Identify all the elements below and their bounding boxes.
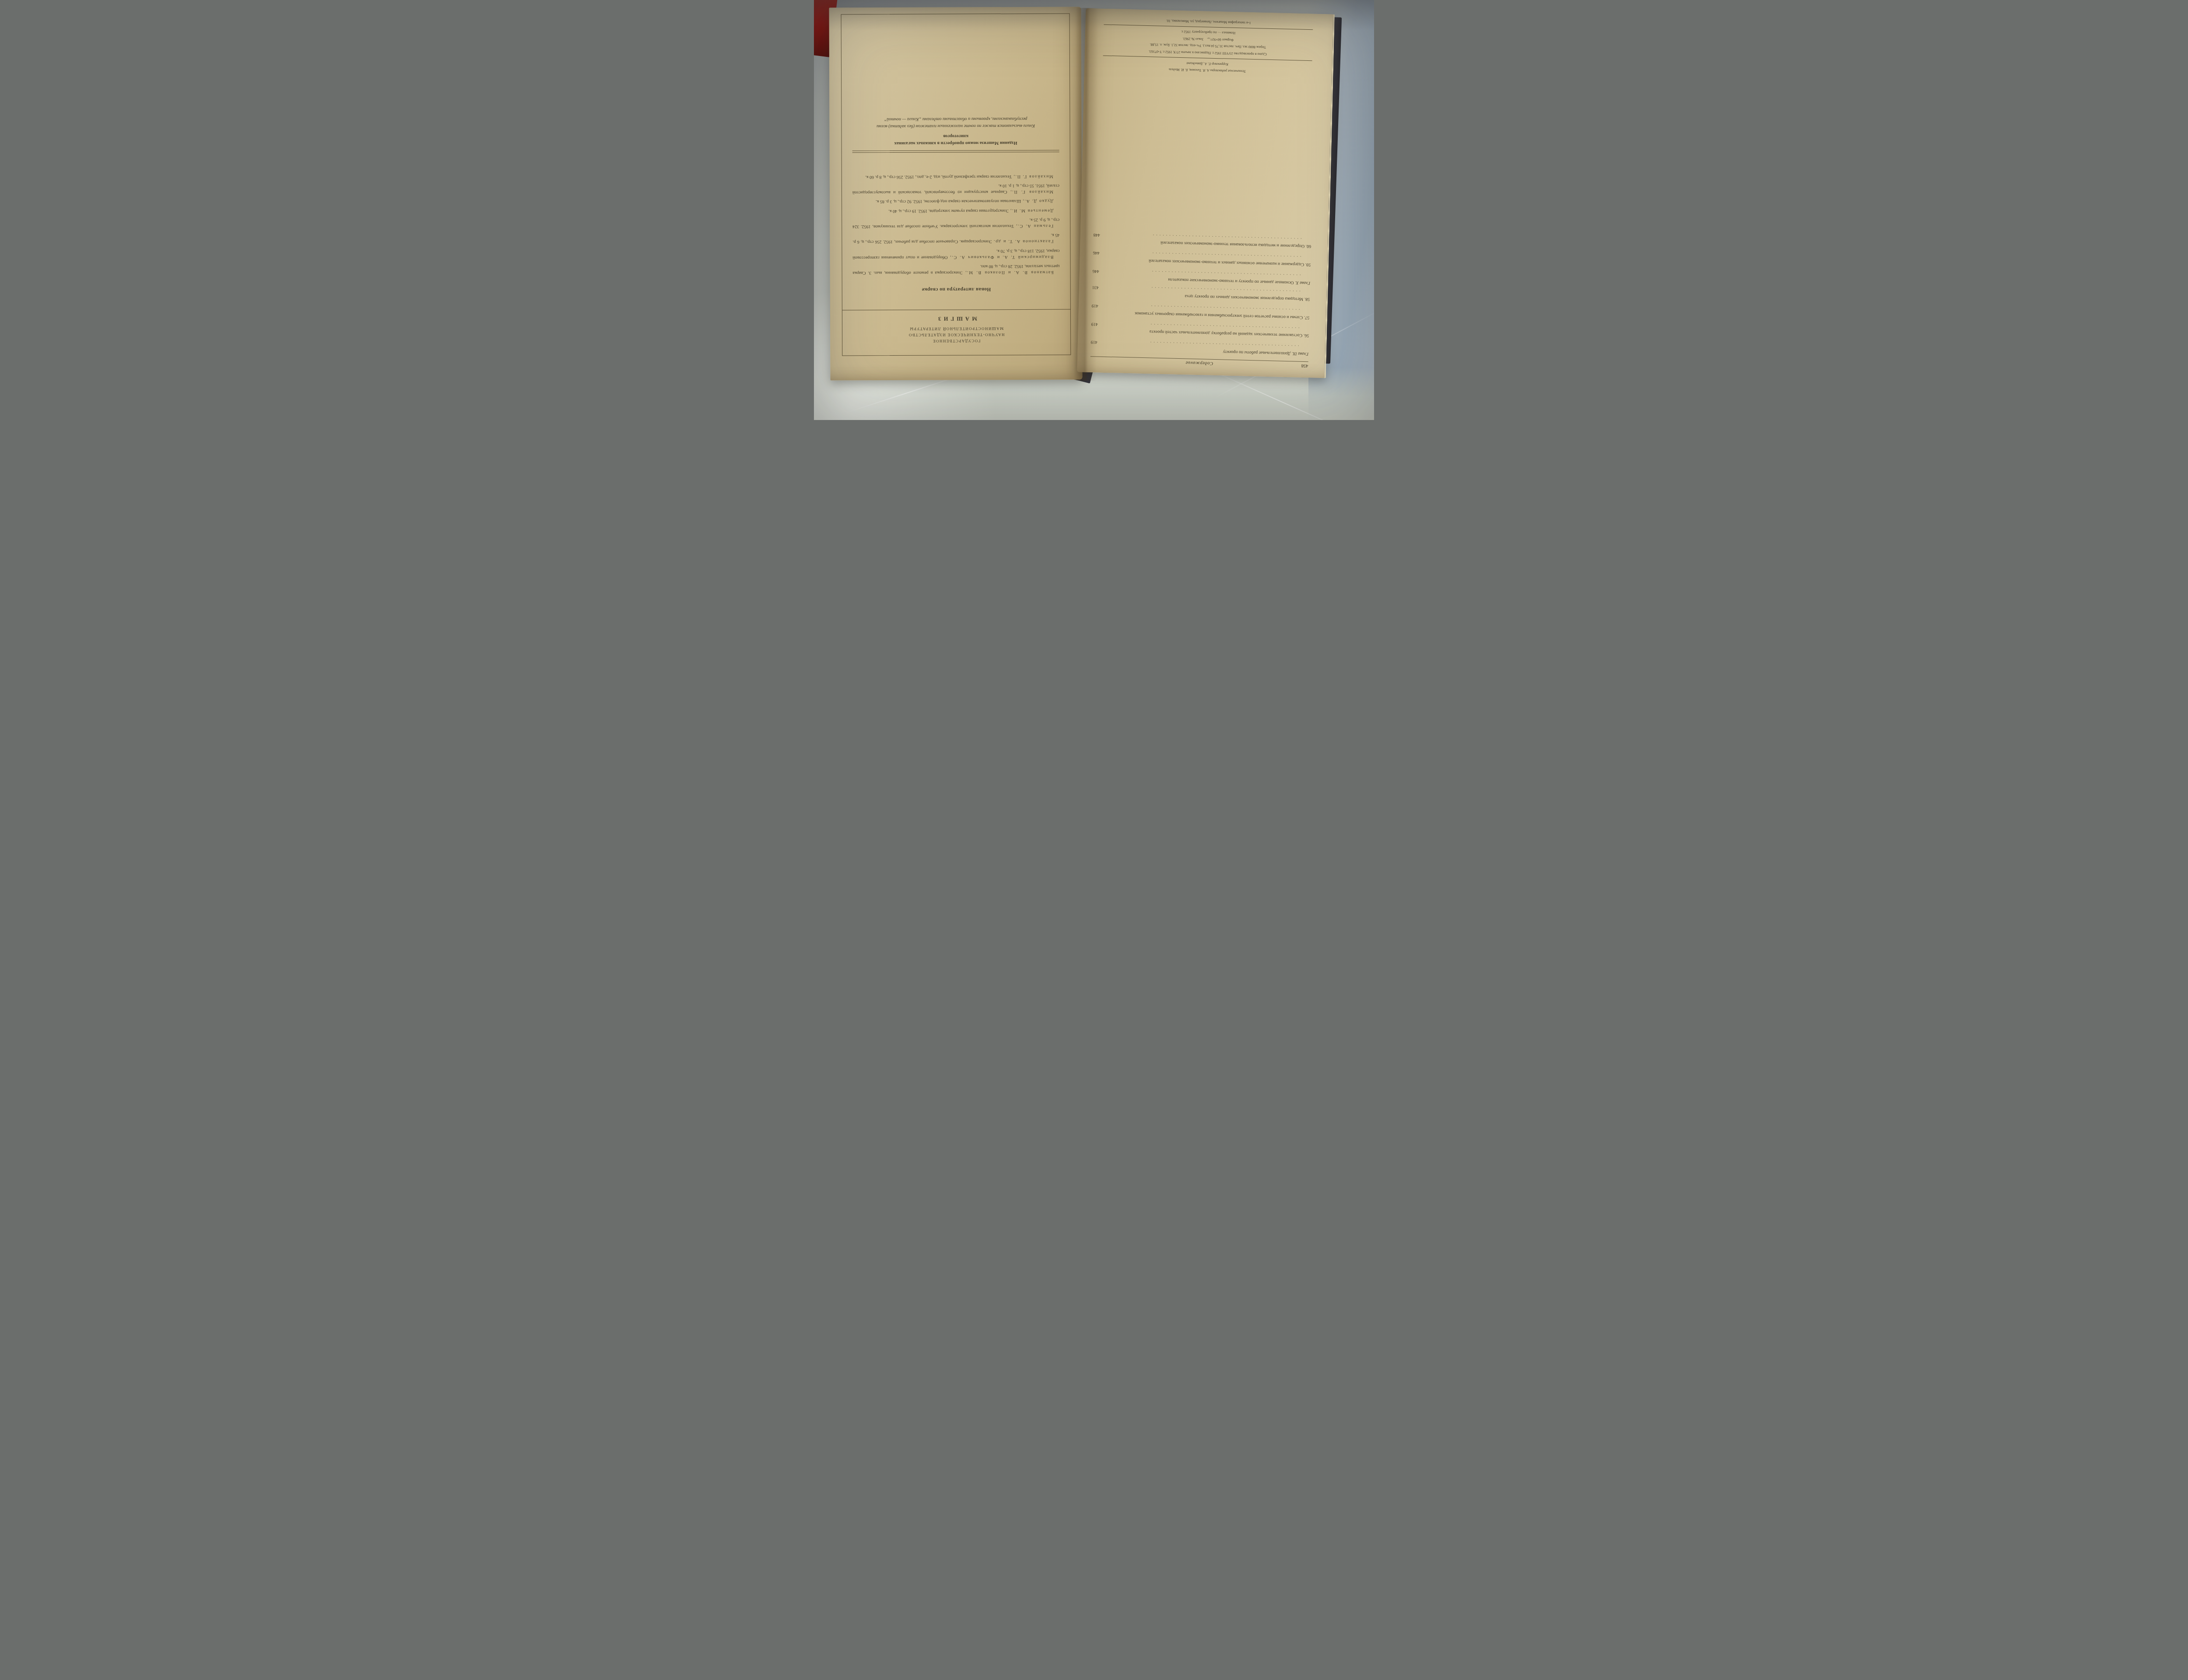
book-list: Батманов В. А. и Поляков В. М., Электрос… [852, 173, 1060, 276]
toc-list: Глава IX. Дополнительные работы по проек… [1090, 231, 1311, 357]
book-details: Технология сварки трехфазной дугой, изд.… [865, 174, 1012, 179]
toc-entry-text: 57. Схемы и основы расчетов сетей электр… [1135, 304, 1309, 320]
page-header: 458 Содержание [1090, 358, 1308, 368]
store-note-line: книготоргов [852, 133, 1059, 140]
book-author: Михайлов Г. П., [1010, 189, 1053, 194]
ad-page-frame: ГОСУДАРСТВЕННОЕ НАУЧНО-ТЕХНИЧЕСКОЕ ИЗДАТ… [841, 14, 1071, 356]
book-entry: Гельман А. С., Технология контактной эле… [852, 216, 1059, 229]
toc-entry-number: Глава IX. [1292, 351, 1309, 356]
toc-entry: Глава IX. Дополнительные работы по проек… [1090, 338, 1309, 357]
ad-page-content: ГОСУДАРСТВЕННОЕ НАУЧНО-ТЕХНИЧЕСКОЕ ИЗДАТ… [829, 7, 1083, 380]
toc-entry-page: 446 [1092, 267, 1099, 274]
book-author: Гельман А. С., [1016, 224, 1054, 228]
toc-entry-text: Глава IX. Дополнительные работы по проек… [1150, 341, 1308, 357]
horizontal-rule [842, 309, 1070, 311]
toc-entry-number: 58. [1304, 297, 1310, 301]
toc-entry-text: 58. Методика определения экономических д… [1152, 286, 1310, 302]
colophon-line: Сдано в производство 23/VIII 1952 г. Под… [1103, 47, 1312, 59]
book-details: Электросварка в ремонте оборудования, вы… [853, 264, 1060, 276]
toc-entry: 56. Составление технических заданий на р… [1091, 320, 1309, 339]
toc-entry-text: Глава X. Основные данные по проекту и те… [1152, 269, 1310, 285]
book-author: Михайлов Г. П., [1013, 174, 1053, 179]
header-rule [1090, 356, 1308, 362]
publisher-block: ГОСУДАРСТВЕННОЕ НАУЧНО-ТЕХНИЧЕСКОЕ ИЗДАТ… [853, 315, 1060, 344]
photo-of-open-book: ГОСУДАРСТВЕННОЕ НАУЧНО-ТЕХНИЧЕСКОЕ ИЗДАТ… [814, 0, 1374, 420]
book-details: Технология контактной электросварки. Уче… [852, 217, 1059, 229]
colophon-text: Технические редакторы А. Я. Тихонов, Б. … [1169, 67, 1246, 73]
colophon-text: Формат 60×92¹/₁₆. Заказ № 2963. [1182, 37, 1234, 42]
book-author: Дементьев М. И., [1010, 208, 1053, 213]
publisher-name: МАШГИЗ [853, 315, 1060, 322]
book-entry: Михайлов Г. П., Сварные конструкции из б… [852, 182, 1059, 196]
header-spacer [1090, 359, 1117, 360]
publisher-line: МАШИНОСТРОИТЕЛЬНОЙ ЛИТЕРАТУРЫ [853, 325, 1060, 332]
store-note: Издания Машгиза можно приобрести в книжн… [852, 133, 1059, 147]
toc-entry: 60. Определение и методика использования… [1093, 231, 1311, 250]
colophon-line: Тираж 8000 экз. Печ. листов 31,75 (4 вкл… [1103, 40, 1312, 52]
mail-note: Книги высылаются также по почте наложенн… [860, 115, 1051, 129]
publisher-line: ГОСУДАРСТВЕННОЕ [853, 337, 1060, 344]
toc-entry-number: 59. [1305, 262, 1311, 267]
book-author: Галактионов А. Т. и др. [993, 239, 1053, 244]
toc-entry-number: 56. [1304, 333, 1309, 338]
book-author: Владимирский Т. А. и Фалькович А. С., [950, 255, 1054, 260]
toc-entry-number: 57. [1304, 315, 1310, 320]
book-details: Электродуговая сварка пучком электродов,… [888, 208, 1009, 213]
toc-entry: 57. Схемы и основы расчетов сетей электр… [1091, 301, 1310, 321]
toc-entry-text: 56. Составление технических заданий на р… [1150, 322, 1309, 338]
book-details: Сварные конструкции из бессемеровской, т… [852, 183, 1059, 195]
colophon-text: Сдано в производство 23/VIII 1952 г. Под… [1149, 49, 1267, 56]
store-note-line: Издания Машгиза можно приобрести в книжн… [852, 139, 1059, 147]
toc-entry-number: 60. [1305, 244, 1311, 249]
contents-page-content: 458 Содержание Глава IX. Дополнительные … [1077, 8, 1333, 378]
toc-block: 458 Содержание Глава IX. Дополнительные … [1090, 230, 1311, 368]
toc-entry-page: 419 [1091, 302, 1098, 309]
book-author: Дудко Д. А., [1022, 199, 1053, 203]
book-details: Оборудование и опыт применения газопресс… [852, 248, 1059, 260]
colophon-text: Тираж 8000 экз. Печ. листов 31,75 (4 вкл… [1150, 43, 1266, 49]
toc-entry-page: 448 [1093, 231, 1100, 238]
book-details: Электросварщик. Справочное пособие для р… [852, 233, 1059, 245]
book-entry: Михайлов Г. П., Технология сварки трехфа… [852, 173, 1059, 180]
photo-shadow-top [814, 0, 1374, 31]
book-entry: Галактионов А. Т. и др. Электросварщик. … [852, 232, 1059, 245]
toc-entry: 59. Содержание и назначение основных дан… [1093, 249, 1311, 268]
toc-entry-number: Глава X. [1295, 280, 1310, 285]
running-title: Содержание [1116, 359, 1282, 367]
book-author: Батманов В. А. и Поляков В. М., [965, 270, 1054, 275]
toc-entry-title: Схемы и основы расчетов сетей электросна… [1135, 311, 1303, 319]
contents-page: 458 Содержание Глава IX. Дополнительные … [1077, 8, 1335, 378]
colophon-line: Технические редакторы А. Я. Тихонов, Б. … [1103, 64, 1312, 76]
page-number: 458 [1282, 363, 1308, 368]
toc-entry-title: Содержание и назначение основных данных … [1149, 258, 1304, 267]
toc-entry-text: 59. Содержание и назначение основных дан… [1149, 252, 1311, 267]
colophon-line: Формат 60×92¹/₁₆. Заказ № 2963. [1104, 33, 1313, 45]
ad-heading: Новая литература по сварке [853, 287, 1060, 293]
toc-entry-title: Методика определения экономических данны… [1185, 294, 1303, 302]
toc-entry: 58. Методика определения экономических д… [1092, 283, 1310, 303]
toc-entry-title: Определение и методика использования тех… [1161, 240, 1304, 248]
publisher-line: НАУЧНО-ТЕХНИЧЕСКОЕ ИЗДАТЕЛЬСТВО [853, 331, 1060, 338]
colophon-text: Корректор Е. А. Давыдкина [1186, 61, 1228, 66]
toc-entry-page: 419 [1091, 320, 1098, 327]
ad-page: ГОСУДАРСТВЕННОЕ НАУЧНО-ТЕХНИЧЕСКОЕ ИЗДАТ… [829, 7, 1083, 380]
open-book-upside-down: ГОСУДАРСТВЕННОЕ НАУЧНО-ТЕХНИЧЕСКОЕ ИЗДАТ… [826, 4, 1338, 386]
toc-entry-page: 431 [1092, 284, 1098, 291]
book-details: Шланговая полуавтоматическая сварка под … [876, 199, 1021, 204]
toc-entry-page: 446 [1093, 249, 1099, 256]
toc-entry: Глава X. Основные данные по проекту и те… [1092, 267, 1311, 286]
double-rule [852, 150, 1059, 153]
book-entry: Дементьев М. И., Электродуговая сварка п… [852, 207, 1059, 214]
book-entry: Батманов В. А. и Поляков В. М., Электрос… [853, 262, 1060, 276]
toc-entry-title: Дополнительные работы по проекту [1223, 350, 1290, 356]
toc-entry-title: Основные данные по проекту и технико-эко… [1168, 277, 1294, 285]
colophon-line: Корректор Е. А. Давыдкина [1103, 58, 1312, 70]
toc-entry-text: 60. Определение и методика использования… [1153, 233, 1311, 249]
colophon-rule [1103, 56, 1312, 61]
toc-entry-title: Составление технических заданий на разра… [1150, 329, 1303, 338]
book-entry: Дудко Д. А., Шланговая полуавтоматическа… [852, 198, 1059, 205]
book-entry: Владимирский Т. А. и Фалькович А. С., Об… [852, 247, 1059, 260]
toc-entry-page: 419 [1090, 339, 1097, 346]
